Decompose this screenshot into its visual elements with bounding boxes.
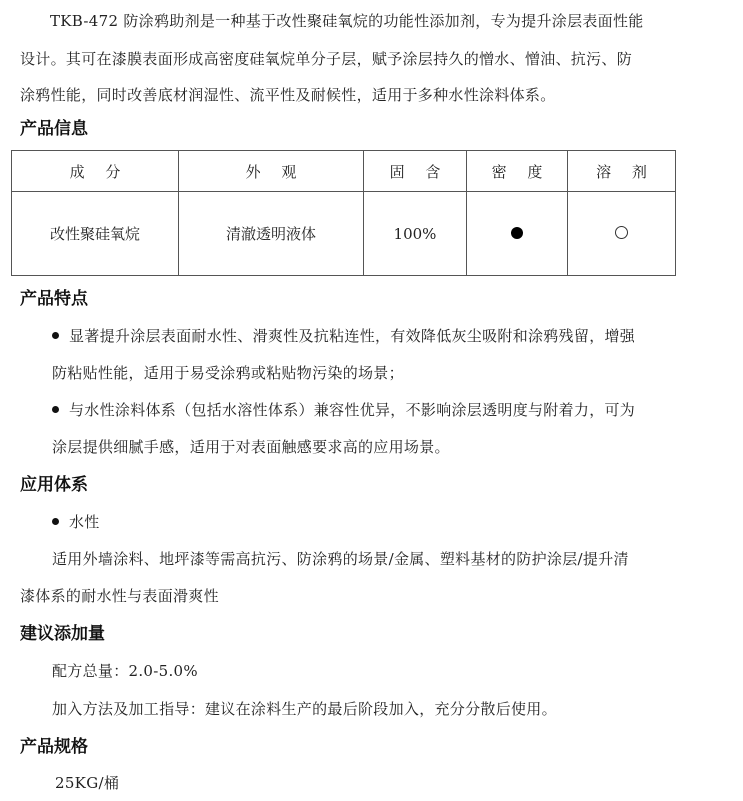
cell-appearance: 清澈透明液体 — [179, 192, 364, 276]
feature-item-2-line-2: 涂层提供细腻手感，适用于对表面触感要求高的应用场景。 — [52, 438, 450, 456]
cell-solvent — [568, 192, 676, 276]
intro-line-1: TKB-472 防涂鸦助剂是一种基于改性聚硅氧烷的功能性添加剂，专为提升涂层表面… — [50, 12, 644, 30]
cell-component: 改性聚硅氧烷 — [12, 192, 179, 276]
spec-heading: 产品规格 — [20, 737, 88, 757]
dosage-method: 加入方法及加工指导：建议在涂料生产的最后阶段加入，充分分散后使用。 — [52, 700, 557, 718]
intro-line-3: 涂鸦性能，同时改善底材润湿性、流平性及耐候性，适用于多种水性涂料体系。 — [20, 86, 556, 104]
bullet-icon — [52, 518, 59, 525]
header-appearance: 外 观 — [179, 151, 364, 192]
header-solvent: 溶 剂 — [568, 151, 676, 192]
product-info-heading: 产品信息 — [20, 119, 88, 139]
bullet-icon — [52, 332, 59, 339]
application-desc-line-2: 漆体系的耐水性与表面滑爽性 — [20, 587, 219, 605]
table-header-row: 成 分 外 观 固 含 密 度 溶 剂 — [12, 151, 676, 192]
product-info-table: 成 分 外 观 固 含 密 度 溶 剂 改性聚硅氧烷 清澈透明液体 100% — [11, 150, 676, 276]
empty-circle-icon — [615, 226, 628, 239]
intro-line-2: 设计。其可在漆膜表面形成高密度硅氧烷单分子层，赋予涂层持久的憎水、憎油、抗污、防 — [20, 50, 632, 68]
feature-text: 显著提升涂层表面耐水性、滑爽性及抗粘连性，有效降低灰尘吸附和涂鸦残留，增强 — [69, 327, 635, 345]
spec-value: 25KG/桶 — [55, 774, 119, 792]
header-density: 密 度 — [467, 151, 568, 192]
table-row: 改性聚硅氧烷 清澈透明液体 100% — [12, 192, 676, 276]
feature-text: 与水性涂料体系（包括水溶性体系）兼容性优异，不影响涂层透明度与附着力，可为 — [69, 401, 635, 419]
cell-solid-content: 100% — [364, 192, 467, 276]
application-bullet-text: 水性 — [69, 513, 100, 531]
header-solid-content: 固 含 — [364, 151, 467, 192]
application-bullet: 水性 — [52, 513, 100, 531]
header-component: 成 分 — [12, 151, 179, 192]
feature-item-1-line-1: 显著提升涂层表面耐水性、滑爽性及抗粘连性，有效降低灰尘吸附和涂鸦残留，增强 — [52, 327, 635, 345]
application-desc-line-1: 适用外墙涂料、地坪漆等需高抗污、防涂鸦的场景/金属、塑料基材的防护涂层/提升清 — [52, 550, 629, 568]
filled-circle-icon — [511, 227, 523, 239]
features-heading: 产品特点 — [20, 289, 88, 309]
application-heading: 应用体系 — [20, 475, 88, 495]
bullet-icon — [52, 406, 59, 413]
dosage-total: 配方总量：2.0-5.0% — [52, 662, 198, 680]
cell-density — [467, 192, 568, 276]
feature-item-2-line-1: 与水性涂料体系（包括水溶性体系）兼容性优异，不影响涂层透明度与附着力，可为 — [52, 401, 635, 419]
feature-item-1-line-2: 防粘贴性能，适用于易受涂鸦或粘贴物污染的场景； — [52, 364, 404, 382]
dosage-heading: 建议添加量 — [20, 624, 105, 644]
